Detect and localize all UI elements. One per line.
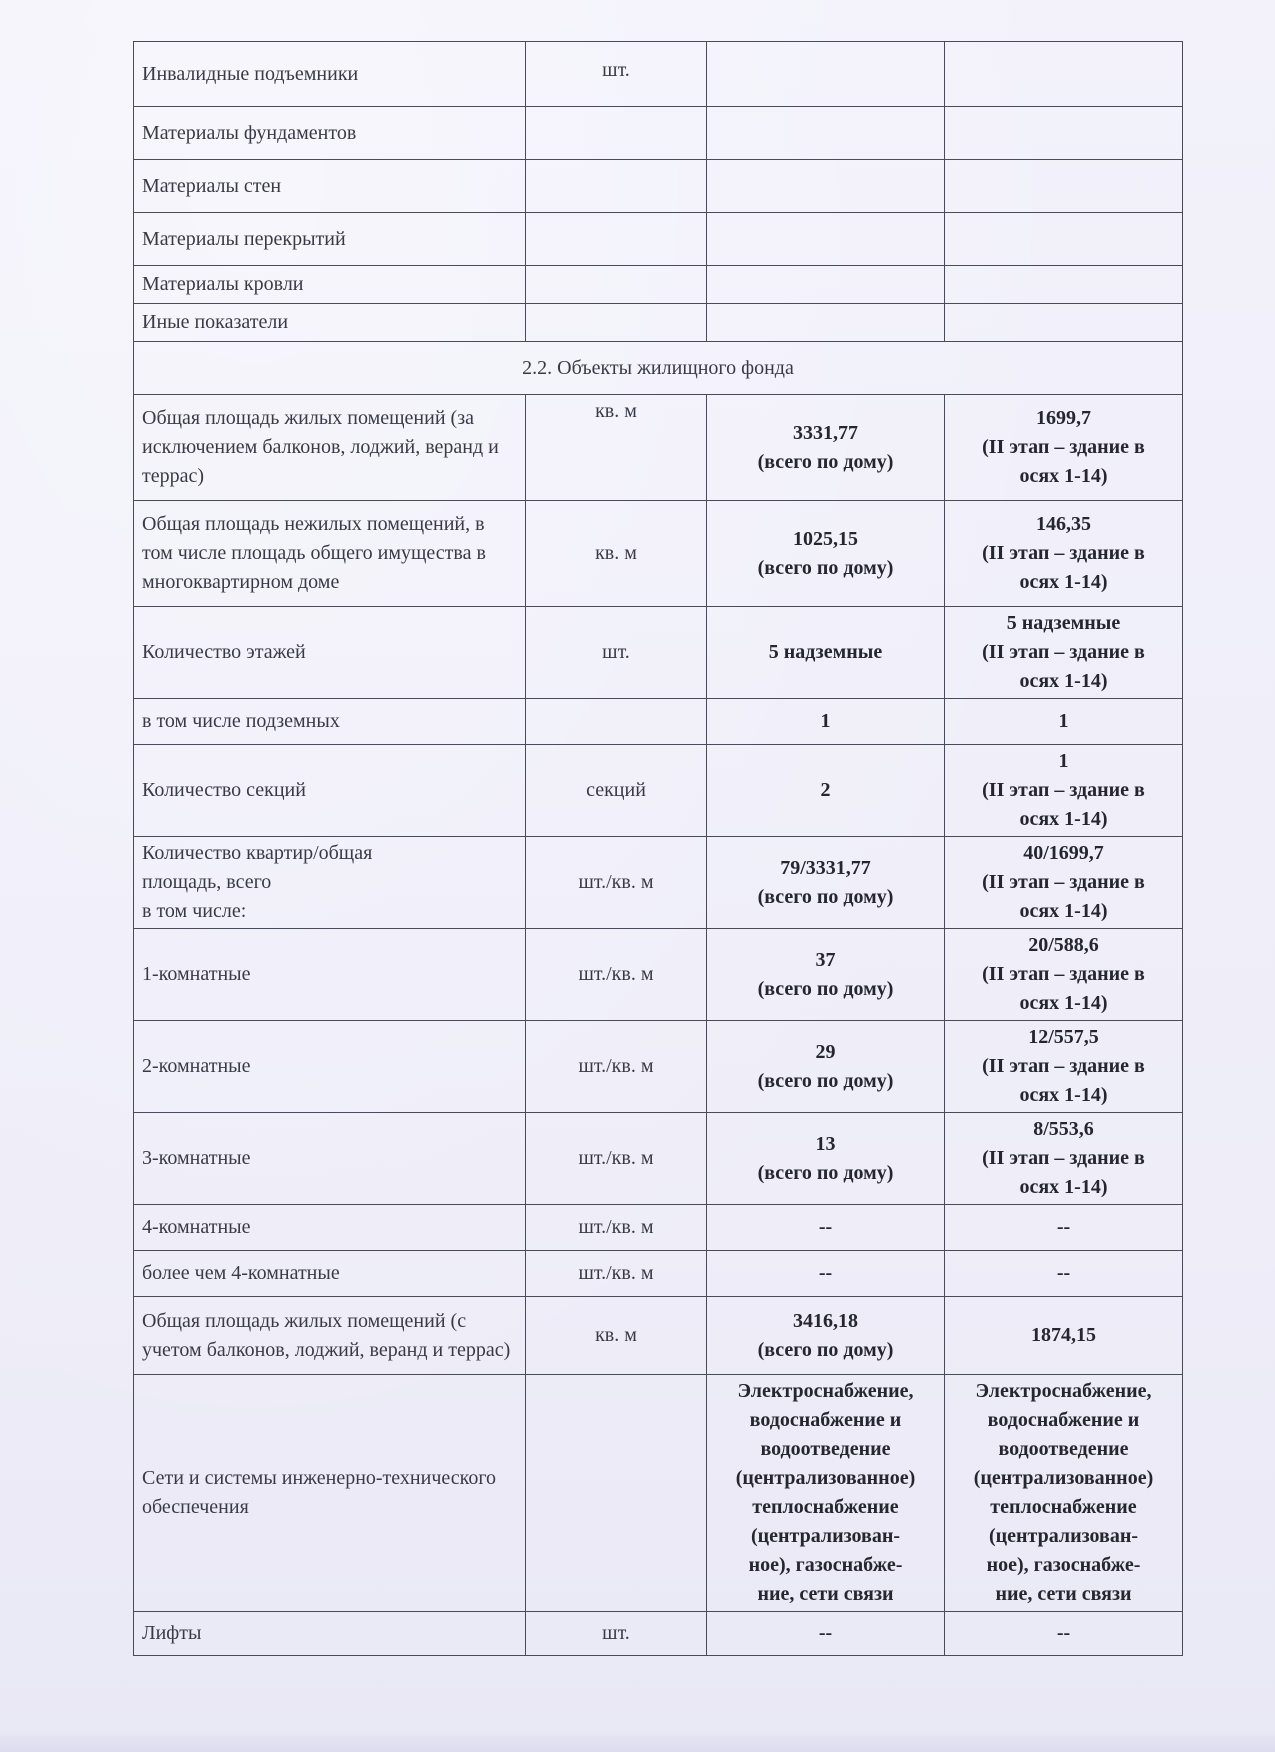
row-unit: [526, 266, 707, 304]
row-label-line: в том числе:: [142, 897, 517, 926]
table-row: Материалы перекрытий: [134, 213, 1183, 266]
stage-value-line: 12/557,5: [953, 1023, 1174, 1052]
total-value-line: --: [715, 1619, 936, 1648]
row-label: Иные показатели: [134, 304, 526, 342]
total-value-line: 5 надземные: [715, 638, 936, 667]
row-label-line: площадь, всего: [142, 868, 517, 897]
row-stage-value: 1: [945, 699, 1183, 745]
row-total-value: --: [707, 1205, 945, 1251]
total-value-line: 3416,18: [715, 1307, 936, 1336]
total-value-line: (всего по дому): [715, 1067, 936, 1096]
stage-value-line: осях 1-14): [953, 897, 1174, 926]
row-unit: кв. м: [526, 1297, 707, 1375]
total-value-line: (всего по дому): [715, 554, 936, 583]
row-label-line: Количество квартир/общая: [142, 839, 517, 868]
table-row: в том числе подземных11: [134, 699, 1183, 745]
stage-value-line: --: [953, 1213, 1174, 1242]
total-value-line: --: [715, 1259, 936, 1288]
table-row: 1-комнатныешт./кв. м37(всего по дому)20/…: [134, 929, 1183, 1021]
row-stage-value: 12/557,5(II этап – здание восях 1-14): [945, 1021, 1183, 1113]
table-row: Инвалидные подъемники шт.: [134, 42, 1183, 107]
row-unit: шт./кв. м: [526, 837, 707, 929]
stage-value-line: ное), газоснабже-: [953, 1551, 1174, 1580]
row-total-value: 79/3331,77(всего по дому): [707, 837, 945, 929]
row-stage-value: --: [945, 1612, 1183, 1656]
row-total: [707, 107, 945, 160]
stage-value-line: осях 1-14): [953, 989, 1174, 1018]
section-header-row: 2.2. Объекты жилищного фонда: [134, 342, 1183, 395]
row-total: [707, 42, 945, 107]
total-value-line: (всего по дому): [715, 975, 936, 1004]
row-total-value: 13(всего по дому): [707, 1113, 945, 1205]
row-label: 2-комнатные: [134, 1021, 526, 1113]
row-stage-value: --: [945, 1205, 1183, 1251]
row-unit: кв. м: [526, 395, 707, 501]
row-label: Материалы фундаментов: [134, 107, 526, 160]
row-label: Количество квартир/общаяплощадь, всегов …: [134, 837, 526, 929]
stage-value-line: 20/588,6: [953, 931, 1174, 960]
row-stage: [945, 304, 1183, 342]
row-label: в том числе подземных: [134, 699, 526, 745]
stage-value-line: --: [953, 1259, 1174, 1288]
row-unit: шт./кв. м: [526, 929, 707, 1021]
row-unit: шт.: [526, 1612, 707, 1656]
row-label: Сети и системы инженерно-технического об…: [134, 1375, 526, 1612]
table-row: Материалы стен: [134, 160, 1183, 213]
stage-value-line: (II этап – здание в: [953, 868, 1174, 897]
stage-value-line: осях 1-14): [953, 667, 1174, 696]
table-row: Материалы кровли: [134, 266, 1183, 304]
row-label: Количество секций: [134, 745, 526, 837]
stage-value-line: ние, сети связи: [953, 1580, 1174, 1609]
stage-value-line: (II этап – здание в: [953, 776, 1174, 805]
row-label: Материалы стен: [134, 160, 526, 213]
row-unit: шт./кв. м: [526, 1113, 707, 1205]
stage-value-line: теплоснабжение: [953, 1493, 1174, 1522]
table-row: Количество этажейшт.5 надземные5 надземн…: [134, 607, 1183, 699]
row-total-value: 1: [707, 699, 945, 745]
stage-value-line: осях 1-14): [953, 1081, 1174, 1110]
row-total-value: --: [707, 1251, 945, 1297]
stage-value-line: 146,35: [953, 510, 1174, 539]
table-row: Общая площадь нежилых помещений, в том ч…: [134, 501, 1183, 607]
row-label: Общая площадь жилых помещений (за исключ…: [134, 395, 526, 501]
row-stage-value: 20/588,6(II этап – здание восях 1-14): [945, 929, 1183, 1021]
total-value-line: ние, сети связи: [715, 1580, 936, 1609]
row-label: более чем 4-комнатные: [134, 1251, 526, 1297]
table-row: Сети и системы инженерно-технического об…: [134, 1375, 1183, 1612]
row-total: [707, 304, 945, 342]
row-label: 1-комнатные: [134, 929, 526, 1021]
total-value-line: водоотведение: [715, 1435, 936, 1464]
row-stage: [945, 160, 1183, 213]
row-total: [707, 266, 945, 304]
row-stage: [945, 266, 1183, 304]
total-value-line: водоснабжение и: [715, 1406, 936, 1435]
row-stage-value: 1699,7(II этап – здание восях 1-14): [945, 395, 1183, 501]
total-value-line: (централизованное): [715, 1464, 936, 1493]
row-stage-value: 1874,15: [945, 1297, 1183, 1375]
total-value-line: 2: [715, 776, 936, 805]
row-stage: [945, 42, 1183, 107]
stage-value-line: 8/553,6: [953, 1115, 1174, 1144]
row-total-value: 2: [707, 745, 945, 837]
row-total-value: 3331,77(всего по дому): [707, 395, 945, 501]
table-row: Лифтышт.----: [134, 1612, 1183, 1656]
row-label: Материалы перекрытий: [134, 213, 526, 266]
total-value-line: 1025,15: [715, 525, 936, 554]
table-row: более чем 4-комнатныешт./кв. м----: [134, 1251, 1183, 1297]
stage-value-line: 1699,7: [953, 404, 1174, 433]
stage-value-line: (централизованное): [953, 1464, 1174, 1493]
row-unit: [526, 1375, 707, 1612]
row-unit: [526, 160, 707, 213]
stage-value-line: осях 1-14): [953, 805, 1174, 834]
row-label: 4-комнатные: [134, 1205, 526, 1251]
stage-value-line: 1: [953, 707, 1174, 736]
total-value-line: Электроснабжение,: [715, 1377, 936, 1406]
total-value-line: (централизован-: [715, 1522, 936, 1551]
row-total-value: 29(всего по дому): [707, 1021, 945, 1113]
row-total-value: 5 надземные: [707, 607, 945, 699]
total-value-line: 29: [715, 1038, 936, 1067]
row-label: Инвалидные подъемники: [134, 42, 526, 107]
row-label: Материалы кровли: [134, 266, 526, 304]
table-row: 2-комнатныешт./кв. м29(всего по дому)12/…: [134, 1021, 1183, 1113]
stage-value-line: (централизован-: [953, 1522, 1174, 1551]
row-total: [707, 160, 945, 213]
row-stage-value: 1(II этап – здание восях 1-14): [945, 745, 1183, 837]
stage-value-line: --: [953, 1619, 1174, 1648]
table-row: Количество секцийсекций21(II этап – здан…: [134, 745, 1183, 837]
row-unit: шт./кв. м: [526, 1021, 707, 1113]
row-total-value: Электроснабжение,водоснабжение иводоотве…: [707, 1375, 945, 1612]
row-total-value: 37(всего по дому): [707, 929, 945, 1021]
row-total: [707, 213, 945, 266]
table-row: Материалы фундаментов: [134, 107, 1183, 160]
row-stage-value: 146,35(II этап – здание восях 1-14): [945, 501, 1183, 607]
row-stage-value: 8/553,6(II этап – здание восях 1-14): [945, 1113, 1183, 1205]
stage-value-line: осях 1-14): [953, 568, 1174, 597]
total-value-line: 1: [715, 707, 936, 736]
table-row: Количество квартир/общаяплощадь, всегов …: [134, 837, 1183, 929]
stage-value-line: водоотведение: [953, 1435, 1174, 1464]
total-value-line: ное), газоснабже-: [715, 1551, 936, 1580]
housing-indicators-table: Инвалидные подъемники шт. Материалы фунд…: [133, 41, 1183, 1656]
total-value-line: (всего по дому): [715, 883, 936, 912]
table-row: Общая площадь жилых помещений (с учетом …: [134, 1297, 1183, 1375]
row-label: Общая площадь нежилых помещений, в том ч…: [134, 501, 526, 607]
row-label: 3-комнатные: [134, 1113, 526, 1205]
row-unit: секций: [526, 745, 707, 837]
stage-value-line: (II этап – здание в: [953, 1144, 1174, 1173]
stage-value-line: Электроснабжение,: [953, 1377, 1174, 1406]
stage-value-line: (II этап – здание в: [953, 1052, 1174, 1081]
stage-value-line: 40/1699,7: [953, 839, 1174, 868]
row-stage-value: Электроснабжение,водоснабжение иводоотве…: [945, 1375, 1183, 1612]
total-value-line: 79/3331,77: [715, 854, 936, 883]
stage-value-line: (II этап – здание в: [953, 433, 1174, 462]
table-row: 3-комнатныешт./кв. м13(всего по дому)8/5…: [134, 1113, 1183, 1205]
stage-value-line: 1874,15: [953, 1321, 1174, 1350]
row-unit: шт./кв. м: [526, 1251, 707, 1297]
table-row: 4-комнатныешт./кв. м----: [134, 1205, 1183, 1251]
table-row: Иные показатели: [134, 304, 1183, 342]
table-row: Общая площадь жилых помещений (за исключ…: [134, 395, 1183, 501]
row-unit: [526, 304, 707, 342]
stage-value-line: (II этап – здание в: [953, 638, 1174, 667]
total-value-line: (всего по дому): [715, 1336, 936, 1365]
row-unit: шт.: [526, 607, 707, 699]
stage-value-line: 5 надземные: [953, 609, 1174, 638]
total-value-line: --: [715, 1213, 936, 1242]
row-stage-value: --: [945, 1251, 1183, 1297]
stage-value-line: осях 1-14): [953, 1173, 1174, 1202]
total-value-line: (всего по дому): [715, 448, 936, 477]
row-unit: [526, 213, 707, 266]
row-unit: [526, 699, 707, 745]
row-stage: [945, 213, 1183, 266]
stage-value-line: водоснабжение и: [953, 1406, 1174, 1435]
row-unit: кв. м: [526, 501, 707, 607]
total-value-line: теплоснабжение: [715, 1493, 936, 1522]
row-stage: [945, 107, 1183, 160]
stage-value-line: (II этап – здание в: [953, 960, 1174, 989]
row-total-value: --: [707, 1612, 945, 1656]
total-value-line: (всего по дому): [715, 1159, 936, 1188]
row-unit: [526, 107, 707, 160]
row-unit: шт.: [526, 42, 707, 107]
total-value-line: 37: [715, 946, 936, 975]
scan-edge-shade: [0, 1730, 1275, 1752]
row-label: Лифты: [134, 1612, 526, 1656]
total-value-line: 13: [715, 1130, 936, 1159]
row-total-value: 1025,15(всего по дому): [707, 501, 945, 607]
stage-value-line: осях 1-14): [953, 462, 1174, 491]
row-stage-value: 5 надземные(II этап – здание восях 1-14): [945, 607, 1183, 699]
total-value-line: 3331,77: [715, 419, 936, 448]
row-stage-value: 40/1699,7(II этап – здание восях 1-14): [945, 837, 1183, 929]
section-title: 2.2. Объекты жилищного фонда: [134, 342, 1183, 395]
row-total-value: 3416,18(всего по дому): [707, 1297, 945, 1375]
row-label: Общая площадь жилых помещений (с учетом …: [134, 1297, 526, 1375]
row-label: Количество этажей: [134, 607, 526, 699]
housing-stock-rows: Общая площадь жилых помещений (за исключ…: [134, 395, 1183, 1656]
row-unit: шт./кв. м: [526, 1205, 707, 1251]
stage-value-line: 1: [953, 747, 1174, 776]
stage-value-line: (II этап – здание в: [953, 539, 1174, 568]
